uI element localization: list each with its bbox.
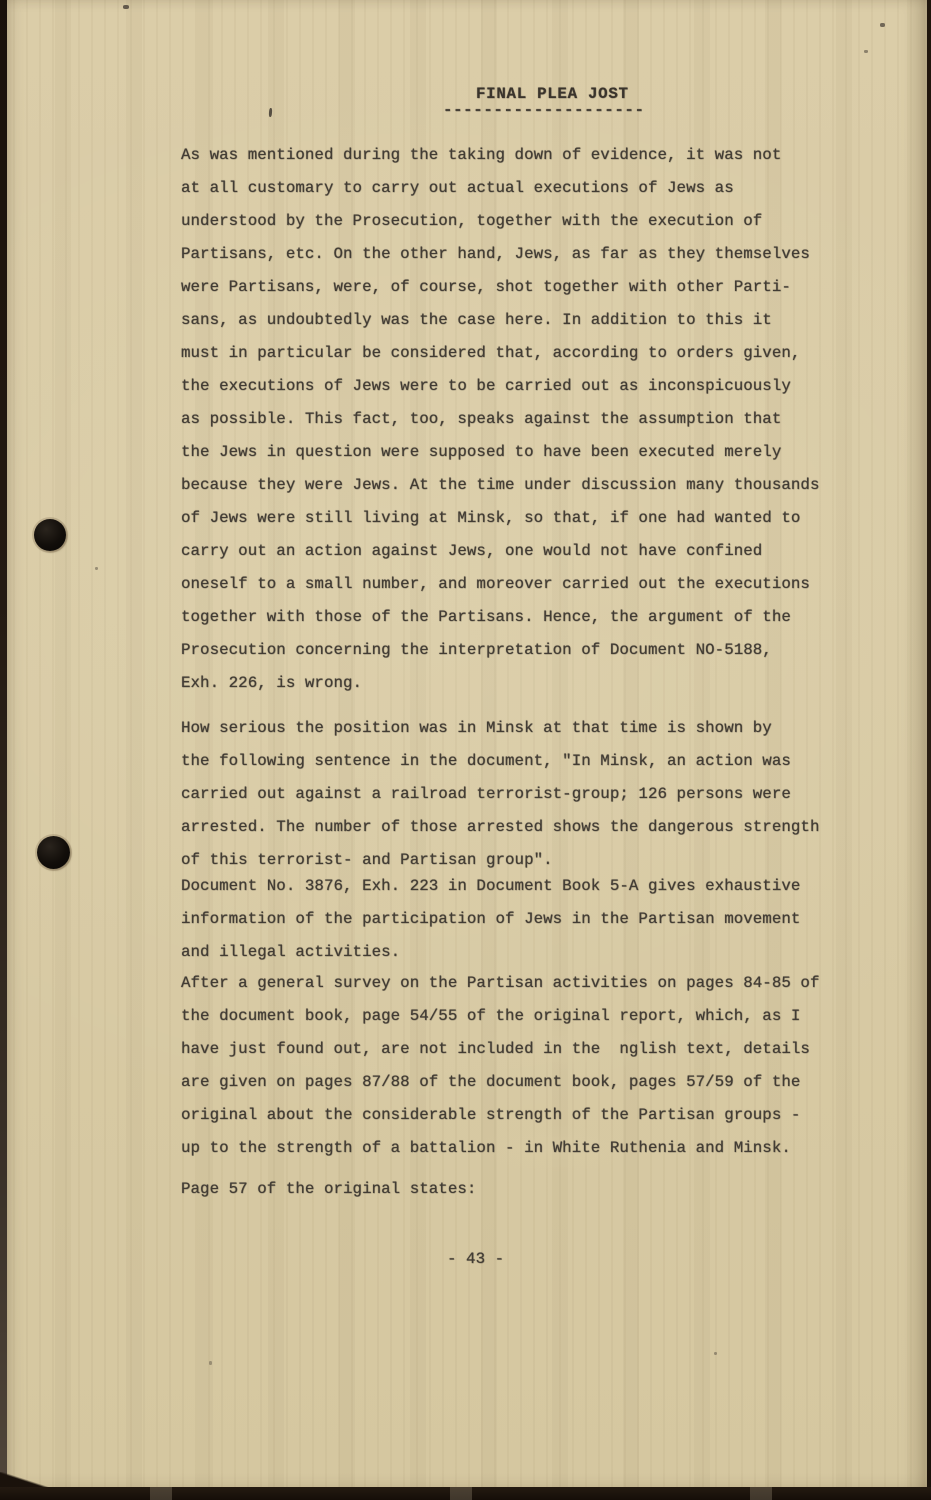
text-line: together with those of the Partisans. He… bbox=[181, 601, 820, 634]
text-line: have just found out, are not included in… bbox=[181, 1033, 820, 1066]
text-line: are given on pages 87/88 of the document… bbox=[181, 1066, 820, 1099]
text-line: original about the considerable strength… bbox=[181, 1099, 820, 1132]
text-line: the executions of Jews were to be carrie… bbox=[181, 370, 820, 403]
text-line: were Partisans, were, of course, shot to… bbox=[181, 271, 820, 304]
page-number: - 43 - bbox=[447, 1243, 504, 1276]
text-line: Partisans, etc. On the other hand, Jews,… bbox=[181, 238, 820, 271]
text-line: Exh. 226, is wrong. bbox=[181, 667, 820, 700]
text-line: the document book, page 54/55 of the ori… bbox=[181, 1000, 820, 1033]
hole-punch-bottom bbox=[37, 836, 70, 869]
text-line: carried out against a railroad terrorist… bbox=[181, 778, 820, 811]
paragraph-2: How serious the position was in Minsk at… bbox=[181, 712, 820, 877]
paragraph-3: Document No. 3876, Exh. 223 in Document … bbox=[181, 870, 800, 969]
text-line: Document No. 3876, Exh. 223 in Document … bbox=[181, 870, 800, 903]
text-line: of Jews were still living at Minsk, so t… bbox=[181, 502, 820, 535]
text-line: understood by the Prosecution, together … bbox=[181, 205, 820, 238]
scan-speck bbox=[123, 5, 129, 9]
text-line: carry out an action against Jews, one wo… bbox=[181, 535, 820, 568]
text-line: arrested. The number of those arrested s… bbox=[181, 811, 820, 844]
scan-edge-right bbox=[927, 0, 931, 1500]
scan-speck bbox=[714, 1352, 717, 1355]
page-header-underline: -------------------- bbox=[443, 94, 645, 127]
scan-edge-bottom bbox=[0, 1487, 931, 1500]
paragraph-1: As was mentioned during the taking down … bbox=[181, 139, 820, 700]
text-line: As was mentioned during the taking down … bbox=[181, 139, 820, 172]
text-line: as possible. This fact, too, speaks agai… bbox=[181, 403, 820, 436]
scan-speck bbox=[95, 567, 98, 570]
paragraph-5: Page 57 of the original states: bbox=[181, 1173, 476, 1206]
text-line: sans, as undoubtedly was the case here. … bbox=[181, 304, 820, 337]
scan-speck bbox=[864, 50, 868, 53]
text-line: How serious the position was in Minsk at… bbox=[181, 712, 820, 745]
text-line: the following sentence in the document, … bbox=[181, 745, 820, 778]
scan-edge-left bbox=[0, 0, 7, 1500]
text-line: because they were Jews. At the time unde… bbox=[181, 469, 820, 502]
text-line: information of the participation of Jews… bbox=[181, 903, 800, 936]
scanned-document-page: FINAL PLEA JOST -------------------- As … bbox=[0, 0, 931, 1500]
text-line: up to the strength of a battalion - in W… bbox=[181, 1132, 820, 1165]
text-line: Page 57 of the original states: bbox=[181, 1173, 476, 1206]
scan-speck bbox=[880, 23, 885, 27]
scan-speck bbox=[209, 1361, 212, 1365]
paragraph-4: After a general survey on the Partisan a… bbox=[181, 967, 820, 1165]
hole-punch-top bbox=[34, 519, 66, 551]
text-line: Prosecution concerning the interpretatio… bbox=[181, 634, 820, 667]
text-line: After a general survey on the Partisan a… bbox=[181, 967, 820, 1000]
text-line: the Jews in question were supposed to ha… bbox=[181, 436, 820, 469]
text-line: and illegal activities. bbox=[181, 936, 800, 969]
scan-speck bbox=[269, 108, 273, 117]
text-line: must in particular be considered that, a… bbox=[181, 337, 820, 370]
text-line: oneself to a small number, and moreover … bbox=[181, 568, 820, 601]
text-line: at all customary to carry out actual exe… bbox=[181, 172, 820, 205]
